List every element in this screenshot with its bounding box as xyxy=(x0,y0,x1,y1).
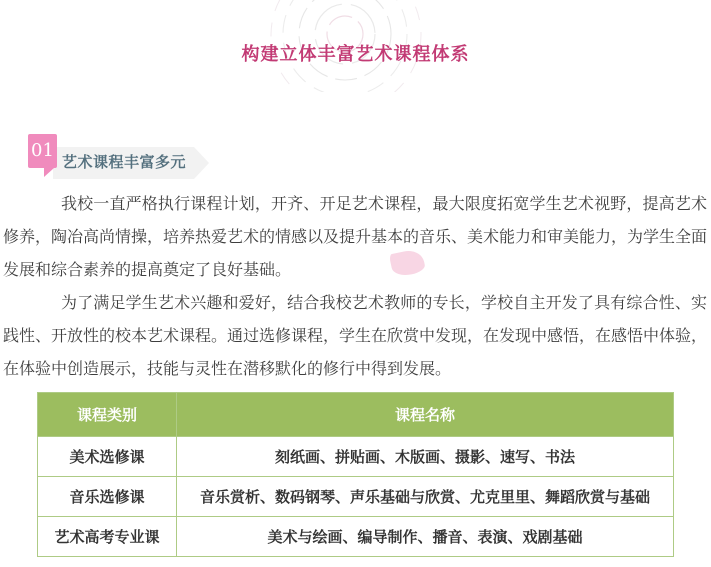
column-header-courses: 课程名称 xyxy=(177,393,674,437)
section-header: 01 艺术课程丰富多元 xyxy=(28,134,328,186)
cell-category: 美术选修课 xyxy=(38,437,177,477)
table-row: 美术选修课 刻纸画、拼贴画、木版画、摄影、速写、书法 xyxy=(38,437,674,477)
section-number-badge: 01 xyxy=(28,134,57,168)
cell-category: 艺术高考专业课 xyxy=(38,517,177,557)
page-title: 构建立体丰富艺术课程体系 xyxy=(0,40,711,66)
cell-courses: 刻纸画、拼贴画、木版画、摄影、速写、书法 xyxy=(177,437,674,477)
section-title-banner: 艺术课程丰富多元 xyxy=(53,147,194,179)
cell-courses: 音乐赏析、数码钢琴、声乐基础与欣赏、尤克里里、舞蹈欣赏与基础 xyxy=(177,477,674,517)
article-page: 构建立体丰富艺术课程体系 01 艺术课程丰富多元 我校一直严格执行课程计划，开齐… xyxy=(0,0,711,567)
paragraph-2: 为了满足学生艺术兴趣和爱好，结合我校艺术教师的专长，学校自主开发了具有综合性、实… xyxy=(0,287,711,386)
table-header-row: 课程类别 课程名称 xyxy=(38,393,674,437)
cell-courses: 美术与绘画、编导制作、播音、表演、戏剧基础 xyxy=(177,517,674,557)
column-header-category: 课程类别 xyxy=(38,393,177,437)
cell-category: 音乐选修课 xyxy=(38,477,177,517)
course-table: 课程类别 课程名称 美术选修课 刻纸画、拼贴画、木版画、摄影、速写、书法 音乐选… xyxy=(37,392,674,557)
section-number-badge-tail xyxy=(44,168,54,177)
paragraph-1: 我校一直严格执行课程计划，开齐、开足艺术课程，最大限度拓宽学生艺术视野，提高艺术… xyxy=(0,188,711,287)
table-row: 艺术高考专业课 美术与绘画、编导制作、播音、表演、戏剧基础 xyxy=(38,517,674,557)
table-row: 音乐选修课 音乐赏析、数码钢琴、声乐基础与欣赏、尤克里里、舞蹈欣赏与基础 xyxy=(38,477,674,517)
